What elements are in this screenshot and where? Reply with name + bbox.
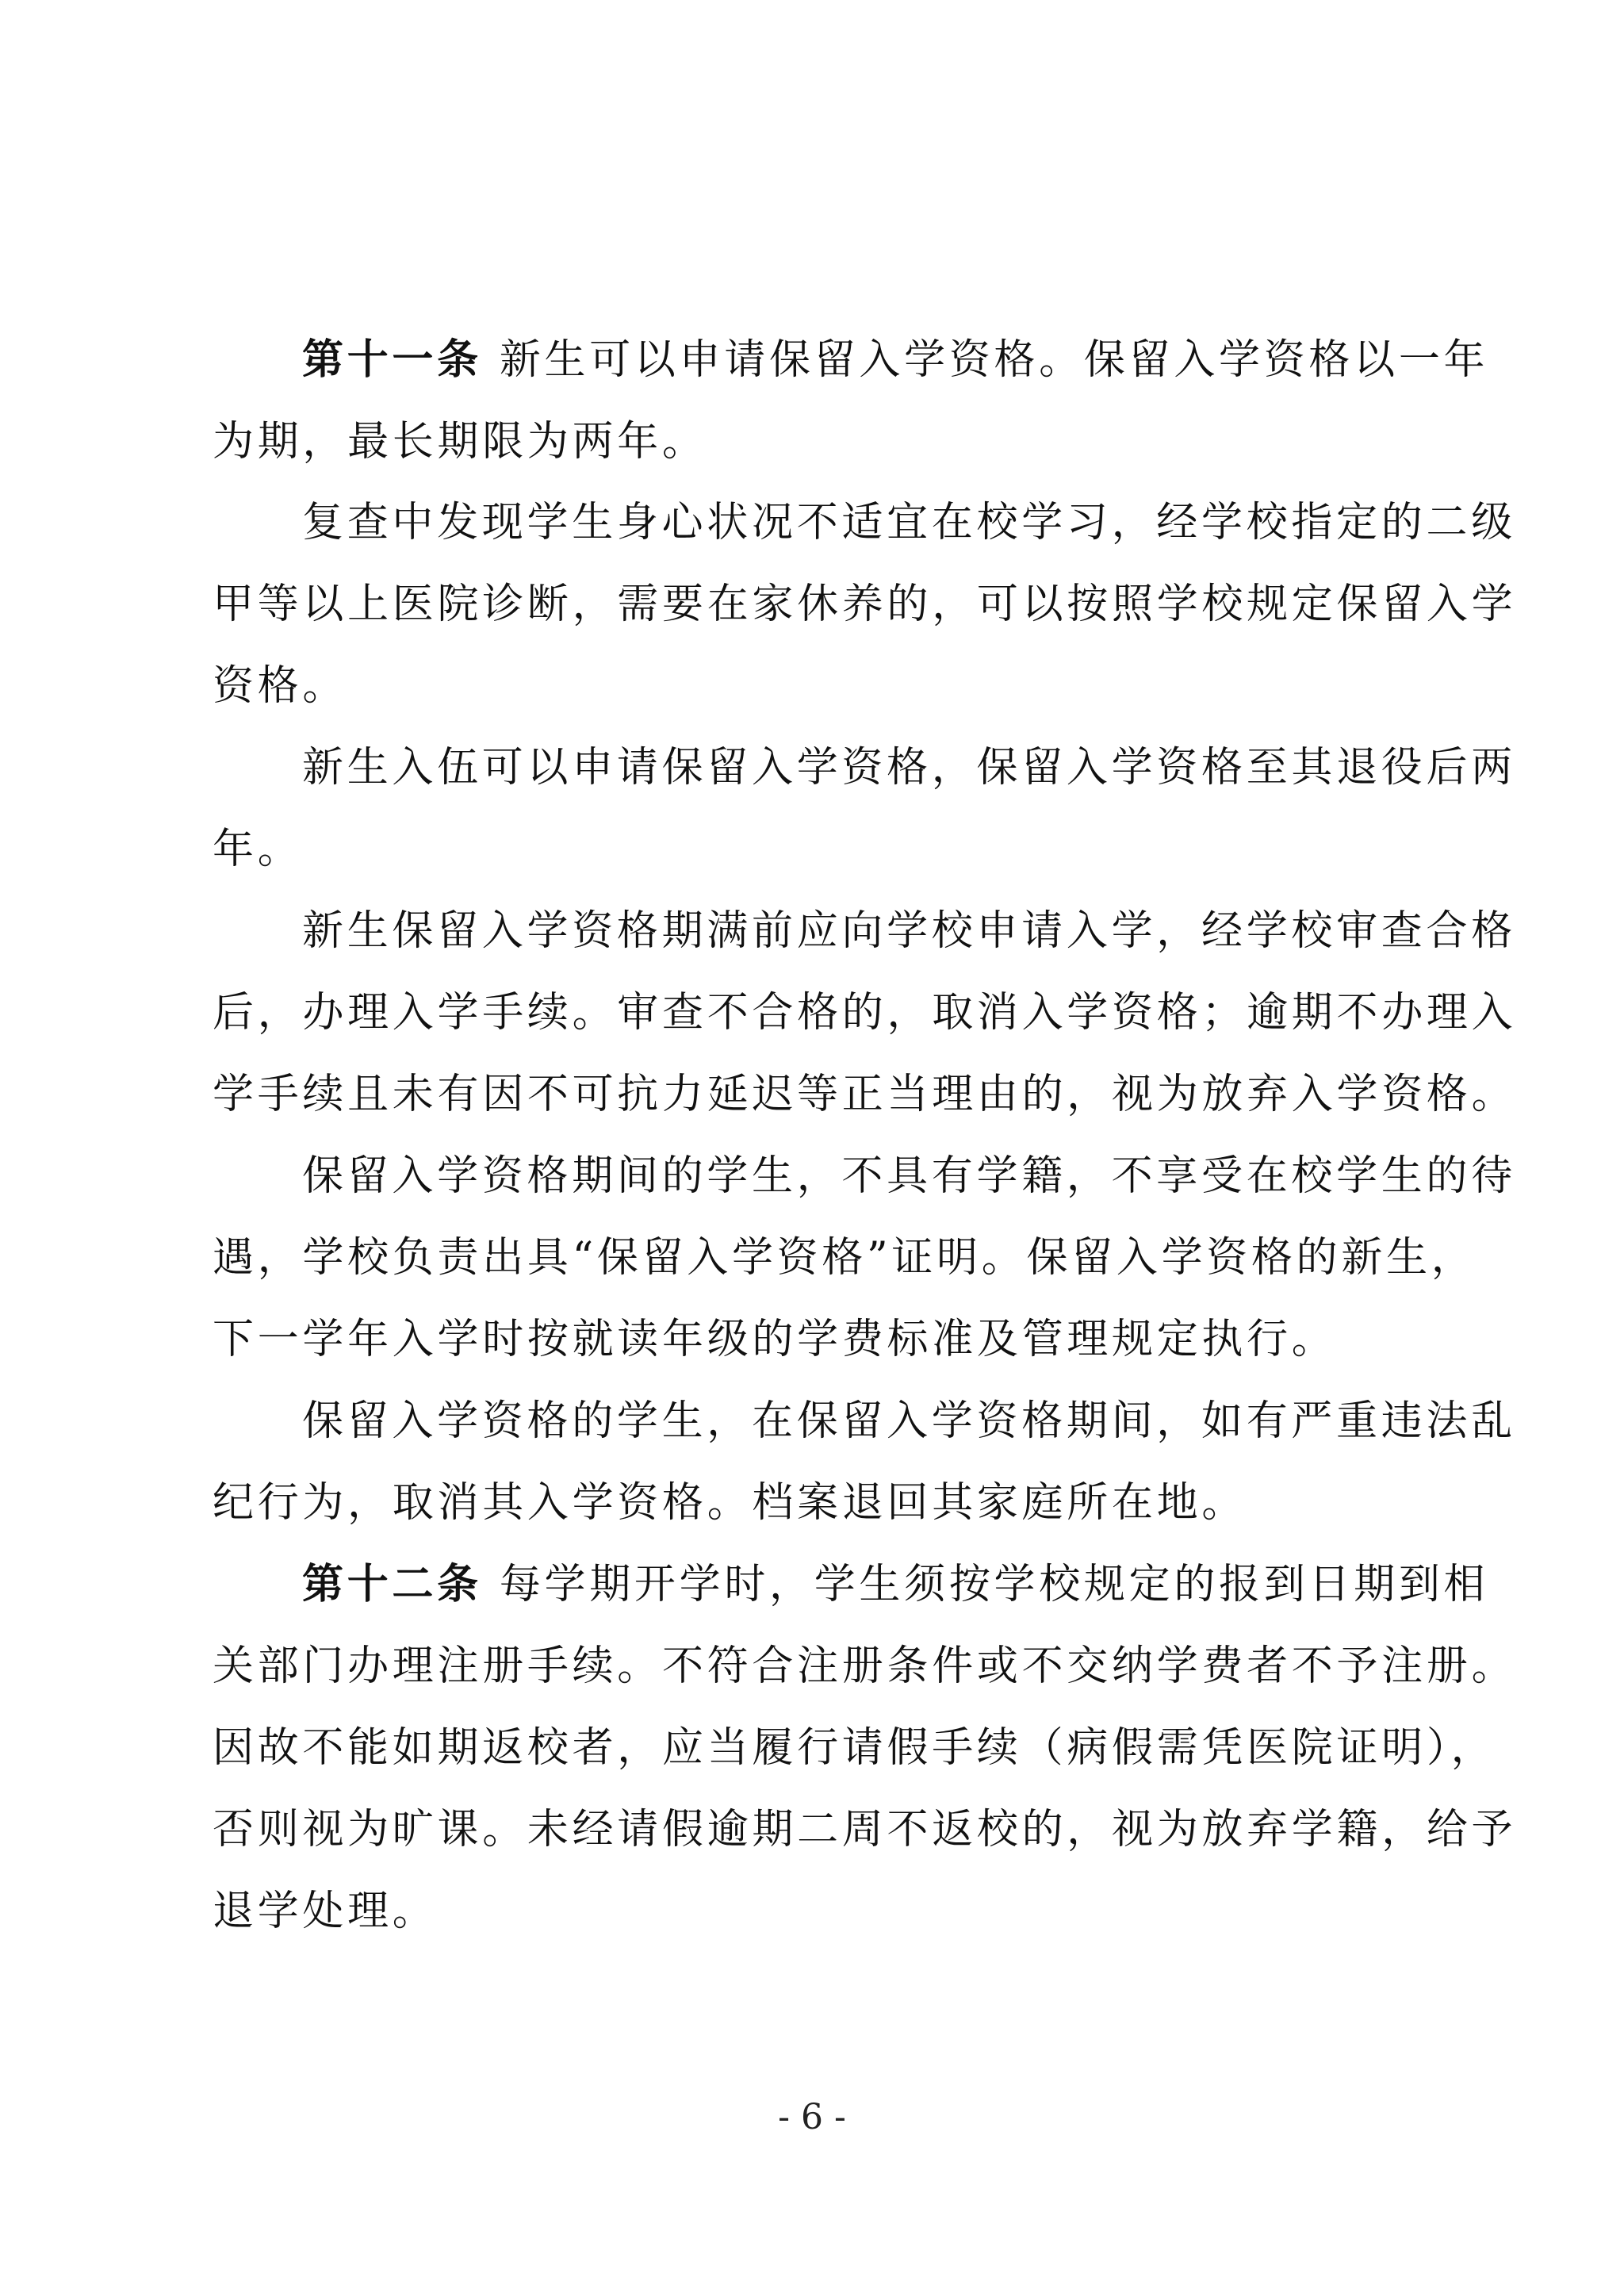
article-11-line-2: 为期，最长期限为两年。 bbox=[213, 401, 1427, 483]
article-12-line-3: 因故不能如期返校者，应当履行请假手续（病假需凭医院证明）， bbox=[213, 1707, 1427, 1789]
document-page: 第十一条新生可以申请保留入学资格。保留入学资格以一年 为期，最长期限为两年。 复… bbox=[0, 0, 1624, 2296]
paragraph-expiry-line-2: 后，办理入学手续。审查不合格的，取消入学资格；逾期不办理入 bbox=[213, 972, 1427, 1054]
paragraph-recheck-line-3: 资格。 bbox=[213, 645, 1427, 727]
paragraph-enlist-line-2: 年。 bbox=[213, 808, 1427, 891]
paragraph-discipline-line-2: 纪行为，取消其入学资格。档案退回其家庭所在地。 bbox=[213, 1462, 1427, 1544]
article-12-p1-text: 每学期开学时，学生须按学校规定的报到日期到相 bbox=[500, 1561, 1488, 1608]
paragraph-status-line-2: 遇，学校负责出具“保留入学资格”证明。保留入学资格的新生， bbox=[213, 1217, 1427, 1299]
article-11-p1-text: 新生可以申请保留入学资格。保留入学资格以一年 bbox=[500, 336, 1488, 384]
article-11-heading: 第十一条 bbox=[302, 336, 482, 384]
paragraph-enlist-line-1: 新生入伍可以申请保留入学资格，保留入学资格至其退役后两 bbox=[302, 726, 1427, 809]
paragraph-status-line-3: 下一学年入学时按就读年级的学费标准及管理规定执行。 bbox=[213, 1298, 1427, 1381]
article-12-line-1: 第十二条每学期开学时，学生须按学校规定的报到日期到相 bbox=[302, 1543, 1427, 1626]
paragraph-expiry-line-1: 新生保留入学资格期满前应向学校申请入学，经学校审查合格 bbox=[302, 890, 1427, 972]
paragraph-recheck-line-1: 复查中发现学生身心状况不适宜在校学习，经学校指定的二级 bbox=[302, 481, 1427, 564]
article-12-line-5: 退学处理。 bbox=[213, 1870, 1427, 1953]
paragraph-recheck-line-2: 甲等以上医院诊断，需要在家休养的，可以按照学校规定保留入学 bbox=[213, 563, 1427, 646]
article-12-line-4: 否则视为旷课。未经请假逾期二周不返校的，视为放弃学籍，给予 bbox=[213, 1788, 1427, 1871]
page-number: - 6 - bbox=[0, 2094, 1624, 2141]
paragraph-discipline-line-1: 保留入学资格的学生，在保留入学资格期间，如有严重违法乱 bbox=[302, 1380, 1427, 1462]
paragraph-status-line-1: 保留入学资格期间的学生，不具有学籍，不享受在校学生的待 bbox=[302, 1135, 1427, 1217]
article-11-line-1: 第十一条新生可以申请保留入学资格。保留入学资格以一年 bbox=[302, 319, 1427, 401]
paragraph-expiry-line-3: 学手续且未有因不可抗力延迟等正当理由的，视为放弃入学资格。 bbox=[213, 1053, 1427, 1136]
article-12-heading: 第十二条 bbox=[302, 1561, 482, 1608]
article-12-line-2: 关部门办理注册手续。不符合注册条件或不交纳学费者不予注册。 bbox=[213, 1625, 1427, 1708]
